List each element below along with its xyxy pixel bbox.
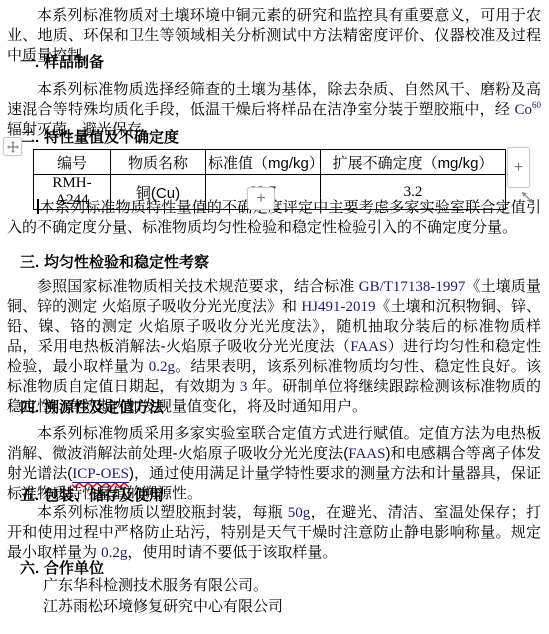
heading-number: 五.: [20, 487, 44, 504]
add-row-button[interactable]: +: [247, 187, 275, 210]
text-run: 参照国家标准物质相关技术规范要求，结合标准: [37, 278, 359, 295]
standard-ref-hj: HJ491-2019: [301, 299, 375, 315]
heading-number: 三.: [20, 254, 44, 271]
heading-traceability: 四.溯源性及定值方法: [20, 399, 164, 416]
paragraph-homogeneity: 参照国家标准物质相关技术规范要求，结合标准 GB/T17138-1997《土壤质…: [7, 277, 541, 417]
heading-sample-prep: 一.样品制备: [20, 54, 104, 71]
method-icp-oes: ICP-OES: [72, 466, 129, 482]
isotope-symbol: Co: [514, 102, 532, 118]
heading-title: 均匀性检验和稳定性考察: [44, 254, 209, 271]
plus-icon: +: [256, 191, 265, 207]
heading-packaging-storage: 五.包装、储存及使用: [20, 487, 164, 504]
heading-title: 合作单位: [44, 560, 104, 577]
col-header-substance: 物质名称: [111, 150, 206, 175]
table-header-row: 编号 物质名称 标准值（mg/kg） 扩展不确定度（mg/kg）: [34, 150, 506, 175]
heading-characteristic-values: 二.特性量值及不确定度: [20, 129, 179, 146]
heading-number: 二.: [20, 129, 44, 146]
heading-number: 六.: [20, 560, 44, 577]
document-page: 本系列标准物质对土壤环境中铜元素的研究和监控具有重要意义，可用于农业、地质、环保…: [0, 0, 549, 634]
text-run: 本系列标准物质以塑胶瓶封装，每瓶: [37, 504, 288, 521]
text-run: 本系列标准物质选择经筛查的土壤为基体，除去杂质、自然风干、磨粉及高速混合等特殊均…: [7, 81, 541, 118]
partner-company-1: 广东华科检测技术服务有限公司。: [43, 577, 268, 595]
heading-title: 样品制备: [44, 54, 104, 71]
spellcheck-underline: ICP-OES: [72, 466, 129, 482]
min-sample-amount: 0.2g: [149, 359, 175, 375]
diagonal-resize-icon: [520, 190, 535, 205]
bottle-amount: 50g: [288, 505, 311, 521]
paragraph-packaging: 本系列标准物质以塑胶瓶封装，每瓶 50g，在避光、清洁、室温处保存；打开和使用过…: [7, 503, 541, 563]
heading-number: 一.: [20, 54, 44, 71]
heading-homogeneity-stability: 三.均匀性检验和稳定性考察: [20, 254, 209, 271]
text-run: 广东华科检测技术服务有限公司。: [43, 577, 268, 594]
heading-partners: 六.合作单位: [20, 560, 104, 577]
col-header-certified-value: 标准值（mg/kg）: [206, 150, 321, 175]
heading-title: 包装、储存及使用: [44, 487, 164, 504]
text-run: ，使用时请不要低于该取样量。: [127, 544, 337, 561]
partner-company-2: 江苏雨松环境修复研究中心有限公司: [43, 598, 283, 616]
heading-number: 四.: [20, 399, 44, 416]
min-sample-amount: 0.2g: [101, 545, 127, 561]
table-move-handle[interactable]: [3, 137, 22, 156]
method-faas: FAAS: [350, 339, 387, 355]
method-faas: FAAS: [348, 446, 385, 462]
isotope-superscript: 60: [532, 100, 541, 110]
text-run: 江苏雨松环境修复研究中心有限公司: [43, 598, 283, 615]
text-cursor: [37, 199, 39, 214]
table-resize-handle[interactable]: [519, 189, 536, 205]
standard-ref-gb: GB/T17138-1997: [359, 279, 466, 295]
move-icon: [7, 141, 19, 153]
col-header-uncertainty: 扩展不确定度（mg/kg）: [321, 150, 506, 175]
heading-title: 特性量值及不确定度: [44, 129, 179, 146]
col-header-id: 编号: [34, 150, 111, 175]
plus-icon: +: [514, 160, 523, 176]
add-column-button[interactable]: +: [507, 147, 530, 188]
heading-title: 溯源性及定值方法: [44, 399, 164, 416]
